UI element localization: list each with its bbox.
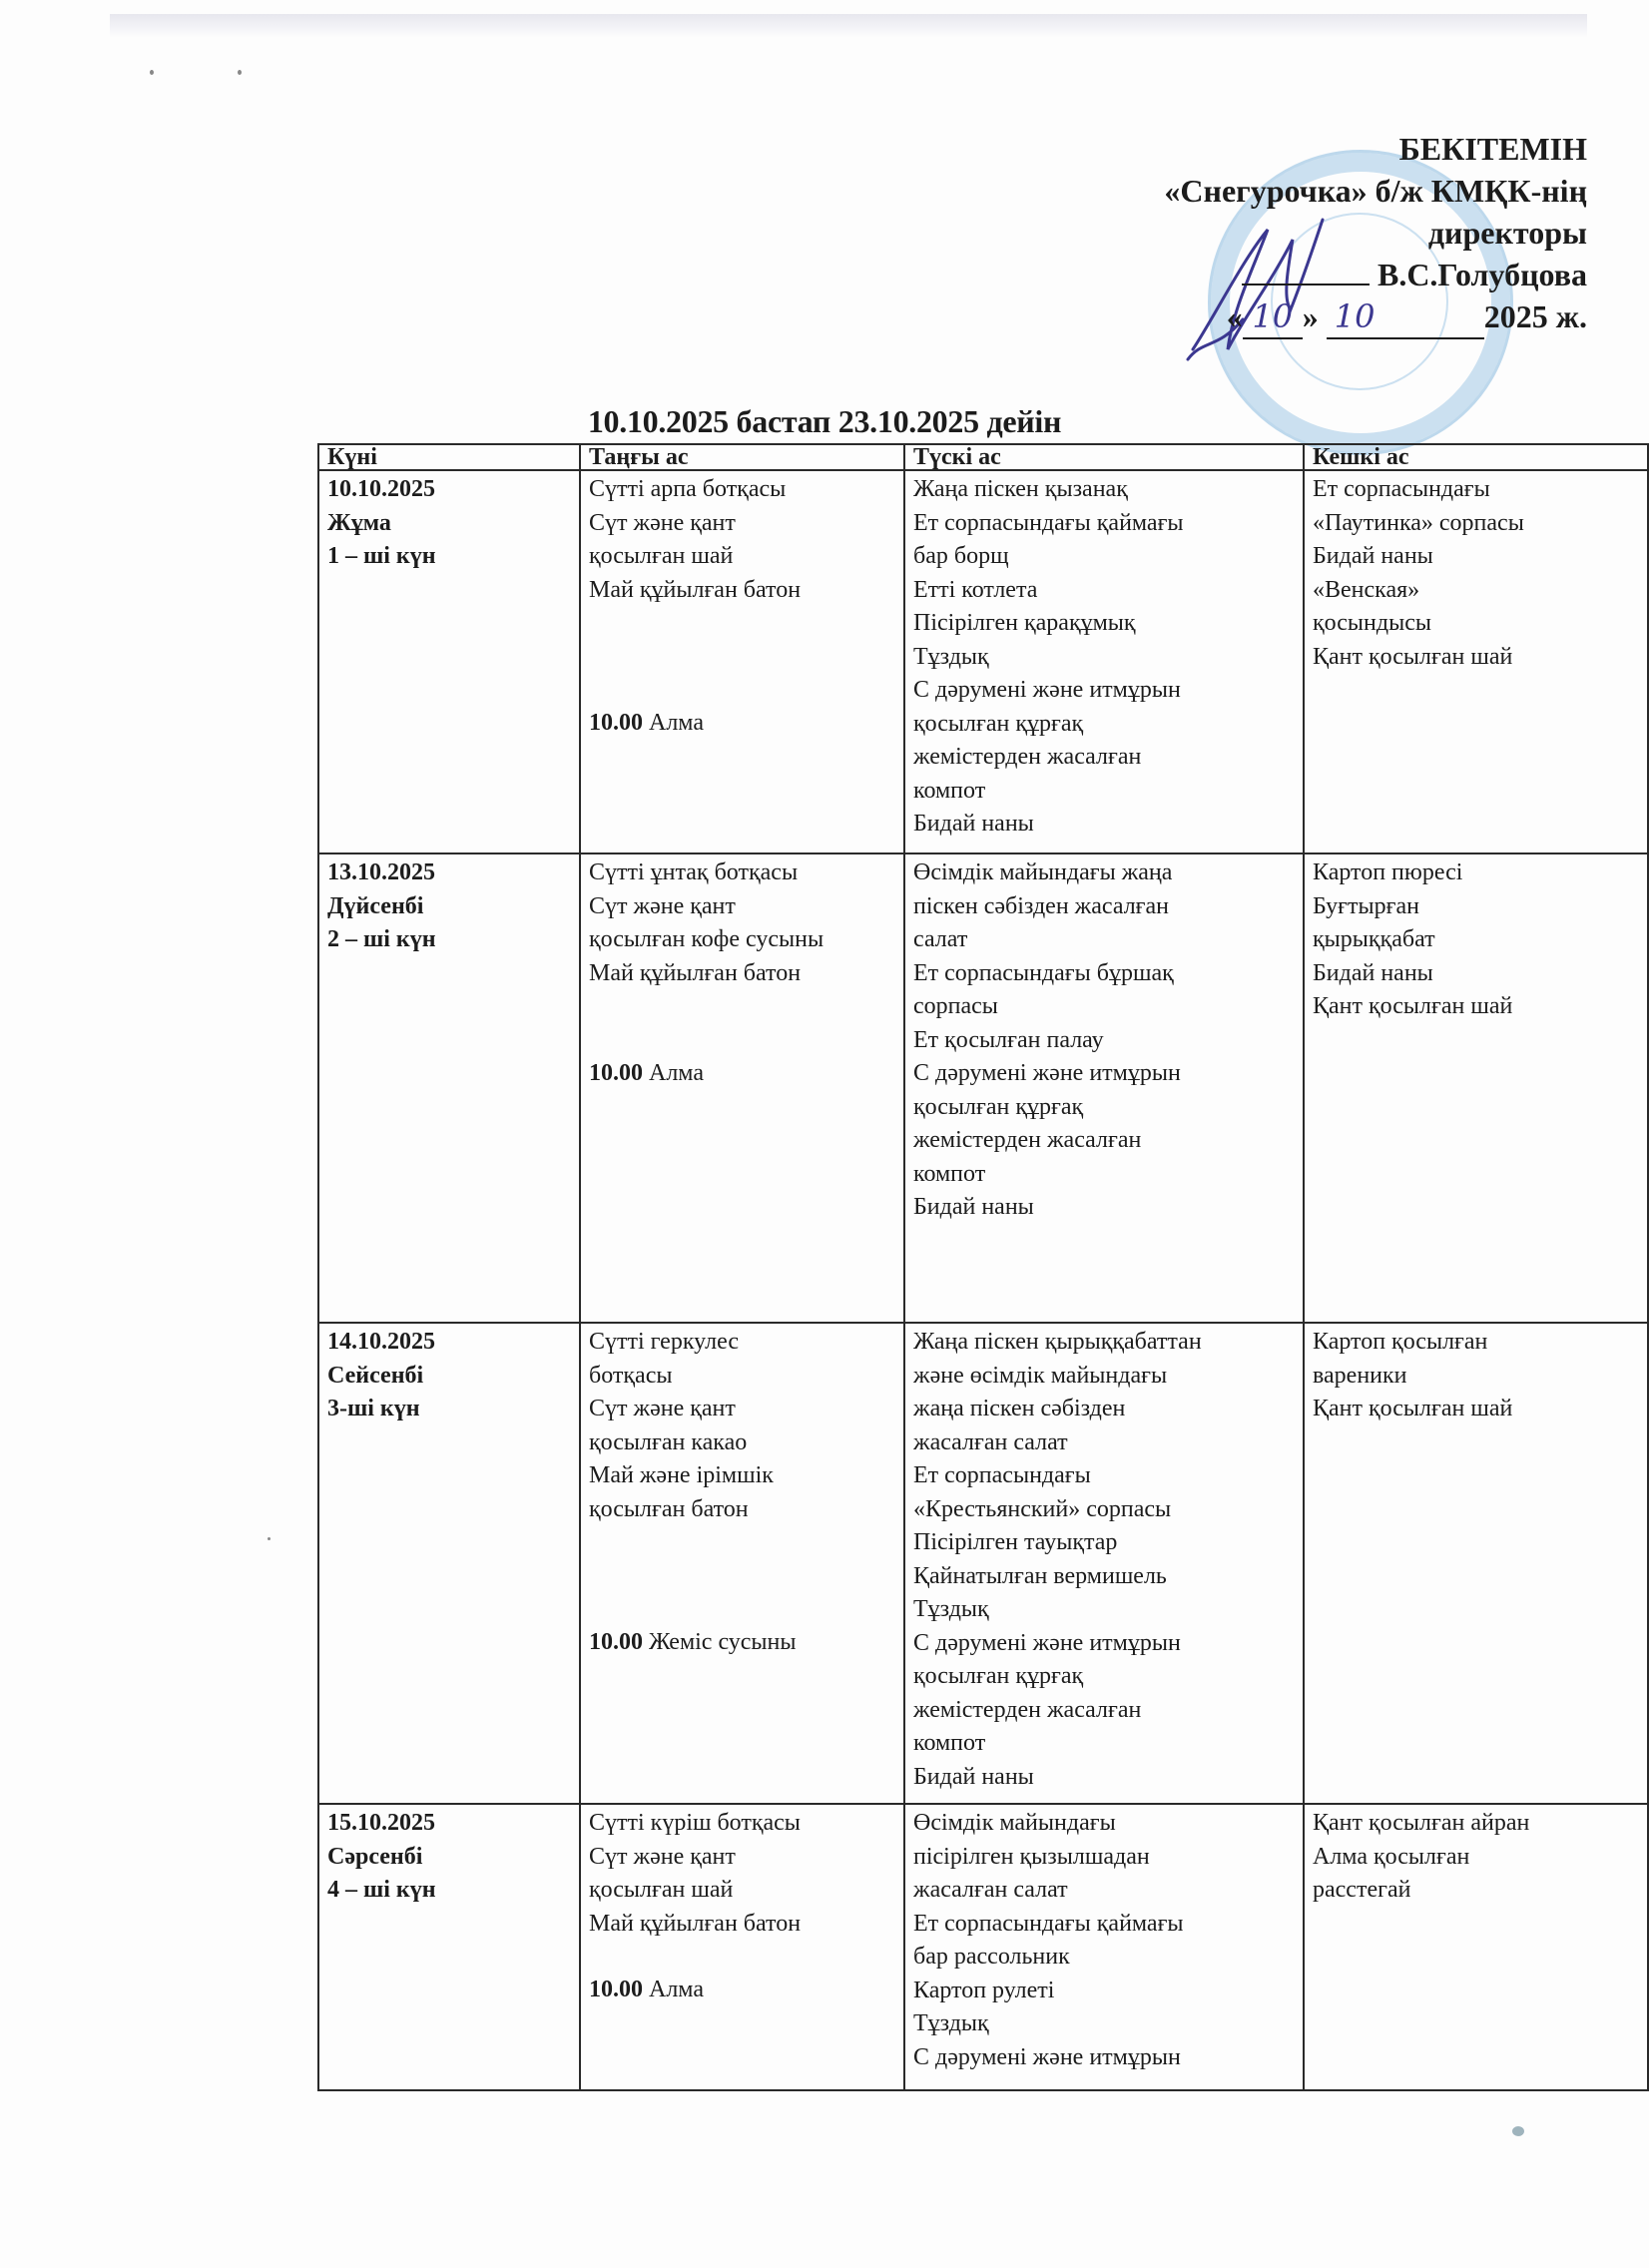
dinner-item: «Паутинка» сорпасы: [1313, 507, 1639, 541]
lunch-item: С дәрумені және итмұрын: [913, 2041, 1295, 2075]
lunch-item: Тұздық: [913, 641, 1295, 675]
lunch-item: Пісірілген қарақұмық: [913, 607, 1295, 641]
snack-item: 10.00 Жеміс сусыны: [589, 1626, 895, 1660]
lunch-item: компот: [913, 775, 1295, 809]
day-date: 15.10.2025: [327, 1807, 571, 1841]
lunch-item: Картоп рулеті: [913, 1975, 1295, 2008]
lunch-cell: Жаңа піскен қырыққабаттанжәне өсімдік ма…: [904, 1323, 1304, 1804]
spacer: [589, 607, 895, 707]
breakfast-item: қосылған шай: [589, 540, 895, 574]
day-weekday: Дүйсенбі: [327, 890, 571, 924]
lunch-item: Ет сорпасындағы: [913, 1459, 1295, 1493]
lunch-item: Ет сорпасындағы қаймағы: [913, 507, 1295, 541]
breakfast-cell: Сүтті арпа ботқасыСүт және қантқосылған …: [580, 470, 904, 853]
snack-item: 10.00 Алма: [589, 707, 895, 741]
day-number: 2 – ші күн: [327, 923, 571, 957]
snack-item: 10.00 Алма: [589, 1057, 895, 1091]
day-date: 14.10.2025: [327, 1326, 571, 1360]
lunch-item: Бидай наны: [913, 1761, 1295, 1795]
lunch-item: Жаңа піскен қызанақ: [913, 473, 1295, 507]
dinner-item: Ет сорпасындағы: [1313, 473, 1639, 507]
lunch-item: жасалған салат: [913, 1874, 1295, 1908]
breakfast-item: Сүтті ұнтақ ботқасы: [589, 856, 895, 890]
day-cell: 13.10.2025Дүйсенбі2 – ші күн: [318, 853, 580, 1323]
menu-table: Күні Таңғы ас Түскі ас Кешкі ас 10.10.20…: [317, 443, 1649, 2091]
lunch-cell: Өсімдік майындағыпісірілген қызылшаданжа…: [904, 1804, 1304, 2090]
day-date: 13.10.2025: [327, 856, 571, 890]
table-row: 13.10.2025Дүйсенбі2 – ші күнСүтті ұнтақ …: [318, 853, 1648, 1323]
lunch-item: қосылған құрғақ: [913, 1091, 1295, 1125]
approval-block: БЕКІТЕМІН «Снегурочка» б/ж КМҚК-нің дире…: [1164, 128, 1587, 339]
breakfast-item: Сүтті арпа ботқасы: [589, 473, 895, 507]
dinner-item: Картоп пюресі: [1313, 856, 1639, 890]
snack-name: Алма: [649, 1977, 704, 2002]
breakfast-cell: Сүтті геркулесботқасыСүт және қантқосылғ…: [580, 1323, 904, 1804]
snack-name: Жеміс сусыны: [649, 1629, 797, 1655]
breakfast-item: Май құйылған батон: [589, 1908, 895, 1942]
breakfast-item: Май және ірімшік: [589, 1459, 895, 1493]
breakfast-item: ботқасы: [589, 1360, 895, 1394]
dinner-item: Картоп қосылған: [1313, 1326, 1639, 1360]
breakfast-item: Сүтті геркулес: [589, 1326, 895, 1360]
dinner-item: Қант қосылған айран: [1313, 1807, 1639, 1841]
breakfast-item: Май құйылған батон: [589, 957, 895, 991]
dinner-item: Бидай наны: [1313, 957, 1639, 991]
lunch-item: Ет қосылған палау: [913, 1024, 1295, 1058]
approval-director-line: В.С.Голубцова: [1164, 254, 1587, 295]
lunch-item: С дәрумені және итмұрын: [913, 1627, 1295, 1661]
snack-time: 10.00: [589, 1629, 643, 1655]
approval-date: «10» 102025 ж.: [1164, 295, 1587, 339]
lunch-item: жаңа піскен сәбізден: [913, 1393, 1295, 1426]
dinner-item: Қант қосылған шай: [1313, 1393, 1639, 1426]
breakfast-item: қосылған шай: [589, 1874, 895, 1908]
date-quote-close: »: [1303, 298, 1319, 334]
scan-speck: [238, 70, 242, 75]
breakfast-item: Май құйылған батон: [589, 574, 895, 608]
table-row: 10.10.2025Жұма1 – ші күнСүтті арпа ботқа…: [318, 470, 1648, 853]
approval-organization: «Снегурочка» б/ж КМҚК-нің: [1164, 170, 1587, 212]
date-quote-open: «: [1227, 298, 1243, 334]
lunch-item: Қайнатылған вермишель: [913, 1560, 1295, 1594]
scan-shadow: [110, 14, 1587, 38]
scan-speck: [150, 70, 154, 75]
breakfast-item: Сүтті күріш ботқасы: [589, 1807, 895, 1841]
day-weekday: Жұма: [327, 507, 571, 541]
breakfast-item: қосылған батон: [589, 1493, 895, 1527]
lunch-item: жемістерден жасалған: [913, 1694, 1295, 1728]
dinner-cell: Картоп қосылғанвареникиҚант қосылған шай: [1304, 1323, 1648, 1804]
dinner-item: Қант қосылған шай: [1313, 990, 1639, 1024]
day-number: 4 – ші күн: [327, 1874, 571, 1908]
lunch-item: бар борщ: [913, 540, 1295, 574]
menu-table-header: Күні Таңғы ас Түскі ас Кешкі ас: [318, 444, 1648, 470]
breakfast-item: Сүт және қант: [589, 1393, 895, 1426]
header-breakfast: Таңғы ас: [580, 444, 904, 470]
dinner-cell: Қант қосылған айранАлма қосылғанрасстега…: [1304, 1804, 1648, 2090]
spacer: [589, 990, 895, 1057]
breakfast-cell: Сүтті ұнтақ ботқасыСүт және қантқосылған…: [580, 853, 904, 1323]
lunch-item: компот: [913, 1158, 1295, 1192]
lunch-item: жемістерден жасалған: [913, 1124, 1295, 1158]
table-row: 15.10.2025Сәрсенбі4 – ші күнСүтті күріш …: [318, 1804, 1648, 2090]
spacer: [589, 1941, 895, 1974]
snack-item: 10.00 Алма: [589, 1974, 895, 2007]
dinner-item: вареники: [1313, 1360, 1639, 1394]
day-number: 1 – ші күн: [327, 540, 571, 574]
lunch-item: және өсімдік майындағы: [913, 1360, 1295, 1394]
lunch-item: жасалған салат: [913, 1426, 1295, 1460]
day-cell: 15.10.2025Сәрсенбі4 – ші күн: [318, 1804, 580, 2090]
dinner-item: қосындысы: [1313, 607, 1639, 641]
lunch-item: компот: [913, 1727, 1295, 1761]
snack-name: Алма: [649, 710, 704, 736]
approval-date-month: 10: [1327, 295, 1484, 339]
breakfast-item: Сүт және қант: [589, 507, 895, 541]
table-row: 14.10.2025Сейсенбі3-ші күнСүтті геркулес…: [318, 1323, 1648, 1804]
snack-time: 10.00: [589, 1977, 643, 2002]
breakfast-item: Сүт және қант: [589, 890, 895, 924]
dinner-item: Қант қосылған шай: [1313, 641, 1639, 675]
day-cell: 10.10.2025Жұма1 – ші күн: [318, 470, 580, 853]
lunch-item: қосылған құрғақ: [913, 1660, 1295, 1694]
dinner-item: Алма қосылған: [1313, 1841, 1639, 1875]
lunch-item: Тұздық: [913, 2007, 1295, 2041]
lunch-item: Тұздық: [913, 1593, 1295, 1627]
dinner-item: қырыққабат: [1313, 923, 1639, 957]
lunch-item: Өсімдік майындағы жаңа: [913, 856, 1295, 890]
signature-line: [1242, 254, 1370, 285]
director-name: В.С.Голубцова: [1377, 257, 1587, 292]
breakfast-item: қосылған какао: [589, 1426, 895, 1460]
dinner-item: Бидай наны: [1313, 540, 1639, 574]
lunch-item: піскен сәбізден жасалған: [913, 890, 1295, 924]
lunch-item: Жаңа піскен қырыққабаттан: [913, 1326, 1295, 1360]
dinner-item: «Венская»: [1313, 574, 1639, 608]
lunch-item: Етті котлета: [913, 574, 1295, 608]
spacer: [589, 1526, 895, 1626]
lunch-item: С дәрумені және итмұрын: [913, 1057, 1295, 1091]
day-weekday: Сейсенбі: [327, 1360, 571, 1394]
lunch-item: Өсімдік майындағы: [913, 1807, 1295, 1841]
dinner-cell: Ет сорпасындағы«Паутинка» сорпасыБидай н…: [1304, 470, 1648, 853]
lunch-item: Ет сорпасындағы қаймағы: [913, 1908, 1295, 1942]
header-lunch: Түскі ас: [904, 444, 1304, 470]
day-weekday: Сәрсенбі: [327, 1841, 571, 1875]
day-cell: 14.10.2025Сейсенбі3-ші күн: [318, 1323, 580, 1804]
scan-speck: [268, 1537, 271, 1540]
breakfast-item: Сүт және қант: [589, 1841, 895, 1875]
lunch-item: сорпасы: [913, 990, 1295, 1024]
lunch-item: Пісірілген тауықтар: [913, 1526, 1295, 1560]
breakfast-item: қосылған кофе сусыны: [589, 923, 895, 957]
lunch-item: жемістерден жасалған: [913, 741, 1295, 775]
dinner-cell: Картоп пюресіБуғтырғанқырыққабатБидай на…: [1304, 853, 1648, 1323]
header-day: Күні: [318, 444, 580, 470]
approval-position: директоры: [1164, 212, 1587, 254]
lunch-item: қосылған құрғақ: [913, 708, 1295, 742]
scan-speck: [1512, 2126, 1524, 2136]
lunch-item: Бидай наны: [913, 1191, 1295, 1225]
approval-date-day: 10: [1243, 295, 1303, 339]
lunch-item: бар рассольник: [913, 1941, 1295, 1975]
dinner-item: Буғтырған: [1313, 890, 1639, 924]
lunch-item: салат: [913, 923, 1295, 957]
lunch-item: «Крестьянский» сорпасы: [913, 1493, 1295, 1527]
snack-time: 10.00: [589, 1060, 643, 1086]
lunch-cell: Жаңа піскен қызанақЕт сорпасындағы қайма…: [904, 470, 1304, 853]
lunch-item: пісірілген қызылшадан: [913, 1841, 1295, 1875]
approval-heading: БЕКІТЕМІН: [1164, 128, 1587, 170]
lunch-item: Бидай наны: [913, 808, 1295, 842]
lunch-cell: Өсімдік майындағы жаңапіскен сәбізден жа…: [904, 853, 1304, 1323]
header-dinner: Кешкі ас: [1304, 444, 1648, 470]
lunch-item: С дәрумені және итмұрын: [913, 674, 1295, 708]
day-date: 10.10.2025: [327, 473, 571, 507]
snack-name: Алма: [649, 1060, 704, 1086]
breakfast-cell: Сүтті күріш ботқасыСүт және қантқосылған…: [580, 1804, 904, 2090]
snack-time: 10.00: [589, 710, 643, 736]
approval-date-year: 2025 ж.: [1484, 298, 1587, 334]
day-number: 3-ші күн: [327, 1393, 571, 1426]
period-title: 10.10.2025 бастап 23.10.2025 дейін: [0, 403, 1649, 440]
lunch-item: Ет сорпасындағы бұршақ: [913, 957, 1295, 991]
dinner-item: расстегай: [1313, 1874, 1639, 1908]
